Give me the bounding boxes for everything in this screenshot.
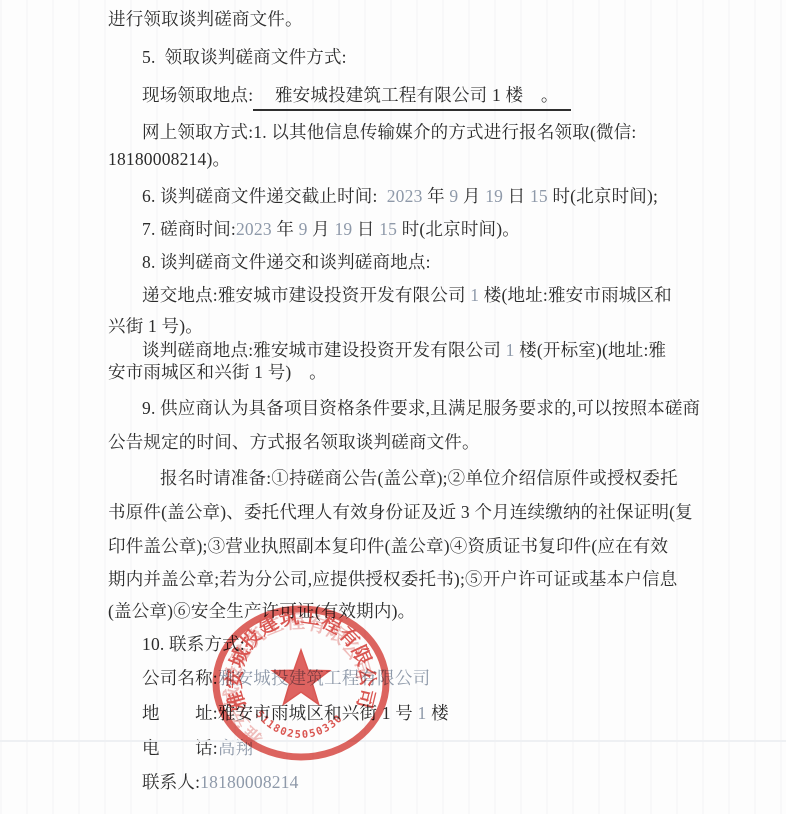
seal-number-arc: 5118025050330 [253,708,344,741]
text-segment: 楼(开标室)(地址:雅 [515,340,667,360]
text-segment: 公告规定的时间、方式报名领取谈判磋商文件。 [108,432,480,452]
text-segment: 递交地点:雅安城市建设投资开发有限公司 [142,285,470,305]
text-line: 6. 谈判磋商文件递交截止时间: 2023 年 9 月 19 日 15 时(北京… [142,185,658,208]
text-line: 书原件(盖公章)、委托代理人有效身份证及近 3 个月连续缴纳的社保证明(复 [108,501,693,524]
filled-value: 1 [418,703,427,723]
text-line: 期内并盖公章;若为分公司,应提供授权委托书);⑤开户许可证或基本户信息 [108,568,677,591]
text-line: 印件盖公章);③营业执照副本复印件(盖公章)④资质证书复印件(应在有效 [108,535,668,558]
text-line: 谈判磋商地点:雅安城市建设投资开发有限公司 1 楼(开标室)(地址:雅 [142,339,666,362]
text-segment: 网上领取方式:1. 以其他信息传输媒介的方式进行报名领取(微信: [142,122,636,142]
text-line: 递交地点:雅安城市建设投资开发有限公司 1 楼(地址:雅安市雨城区和 [142,284,672,307]
text-segment: 兴街 1 号)。 [108,316,203,336]
filled-value: 19 [334,219,352,239]
filled-value: 15 [530,186,548,206]
text-line: 报名时请准备:①持磋商公告(盖公章);②单位介绍信原件或授权委托 [160,467,678,490]
text-line: 9. 供应商认为具备项目资格条件要求,且满足服务要求的,可以按照本磋商 [142,397,700,420]
official-seal: 雅安城投建筑工程有限公司 雅安城投建筑工程有限公司 5118025050330 [210,604,392,762]
text-segment: 书原件(盖公章)、委托代理人有效身份证及近 3 个月连续缴纳的社保证明(复 [108,502,693,522]
text-line: 7. 磋商时间:2023 年 9 月 19 日 15 时(北京时间)。 [142,218,520,241]
text-segment: 5. 领取谈判磋商文件方式: [142,47,347,67]
text-segment: 现场领取地点: [142,85,253,105]
scanned-document-page: 进行领取谈判磋商文件。5. 领取谈判磋商文件方式:现场领取地点: 雅安城投建筑工… [0,0,786,814]
text-segment: 楼 [427,703,449,723]
text-segment: 谈判磋商地点:雅安城市建设投资开发有限公司 [142,340,506,360]
text-segment: 年 [423,186,450,206]
text-segment: 公司名称: [142,668,218,688]
filled-value: 18180008214 [200,772,298,792]
filled-value: 1 [470,285,479,305]
seal-number-arc-text: 5118025050330 [253,708,344,741]
text-segment: 6. 谈判磋商文件递交截止时间: [142,186,387,206]
text-line: 兴街 1 号)。 [108,315,203,338]
text-segment: 日 [352,219,379,239]
text-line: 进行领取谈判磋商文件。 [108,8,303,31]
scan-artifact-line [0,740,786,742]
filled-value: 2023 [387,186,423,206]
text-segment: 报名时请准备:①持磋商公告(盖公章);②单位介绍信原件或授权委托 [160,468,678,488]
text-segment: 18180008214)。 [108,149,230,169]
text-segment: 9. 供应商认为具备项目资格条件要求,且满足服务要求的,可以按照本磋商 [142,398,700,418]
text-segment: 联系人: [142,772,200,792]
text-segment: 期内并盖公章;若为分公司,应提供授权委托书);⑤开户许可证或基本户信息 [108,569,677,589]
text-segment: 8. 谈判磋商文件递交和谈判磋商地点: [142,252,431,272]
text-line: 安市雨城区和兴街 1 号) 。 [108,361,327,384]
filled-value: 2023 [236,219,272,239]
text-segment: 进行领取谈判磋商文件。 [108,9,303,29]
text-line: 现场领取地点: 雅安城投建筑工程有限公司 1 楼 。 [142,84,571,111]
filled-value: 19 [485,186,503,206]
text-line: 5. 领取谈判磋商文件方式: [142,46,347,69]
text-segment: 日 [503,186,530,206]
text-line: 联系人:18180008214 [142,771,299,794]
text-segment: 年 [272,219,299,239]
text-line: 公告规定的时间、方式报名领取谈判磋商文件。 [108,431,480,454]
text-segment: 时(北京时间)。 [397,219,520,239]
text-line: 18180008214)。 [108,148,230,171]
text-segment: 安市雨城区和兴街 1 号) 。 [108,362,327,382]
text-segment: 月 [458,186,485,206]
filled-value: 1 [506,340,515,360]
text-line: 8. 谈判磋商文件递交和谈判磋商地点: [142,251,431,274]
text-segment: 月 [308,219,335,239]
text-segment: 7. 磋商时间: [142,219,236,239]
filled-value: 15 [379,219,397,239]
filled-value: 9 [449,186,458,206]
text-line: 网上领取方式:1. 以其他信息传输媒介的方式进行报名领取(微信: [142,121,636,144]
text-segment: 时(北京时间); [548,186,658,206]
star-icon [273,650,330,704]
filled-value: 9 [299,219,308,239]
text-segment: 楼(地址:雅安市雨城区和 [479,285,672,305]
underlined-blank: 雅安城投建筑工程有限公司 1 楼 。 [253,84,570,111]
text-segment: 印件盖公章);③营业执照副本复印件(盖公章)④资质证书复印件(应在有效 [108,536,668,556]
